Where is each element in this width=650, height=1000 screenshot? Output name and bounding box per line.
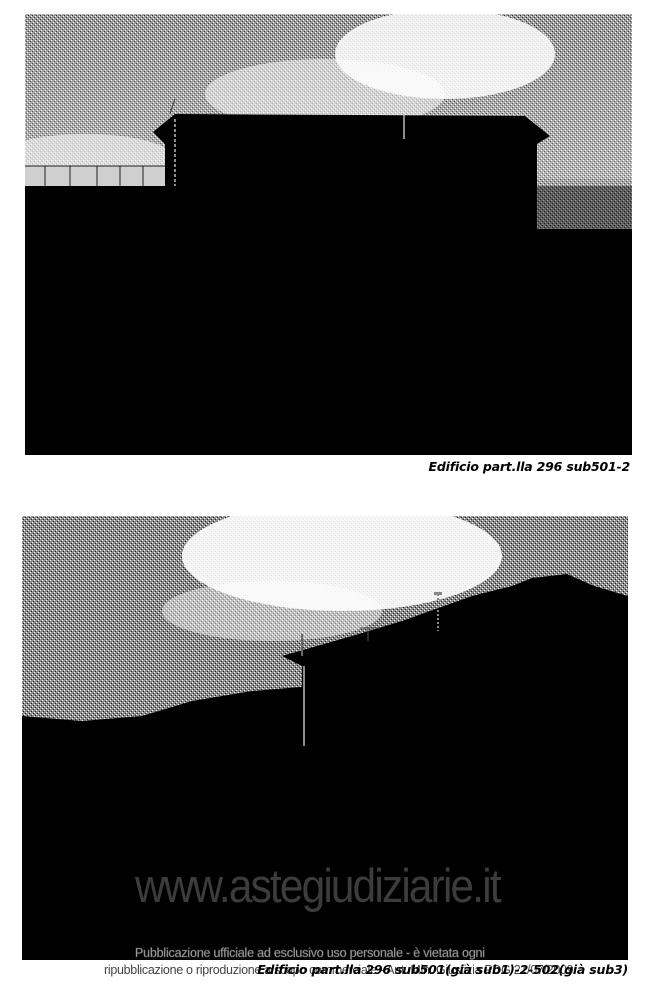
watermark-url: www.astegiudiziarie.it	[135, 858, 500, 913]
photo-caption-1: Edificio part.lla 296 sub501-2	[429, 459, 630, 474]
photo-caption-2: Edificio part.lla 296 sub501(già sub1)-2…	[257, 962, 628, 977]
building-photo-1-graphic	[25, 14, 632, 455]
photo-building-1	[25, 14, 632, 455]
watermark-notice-line1: Pubblicazione ufficiale ad esclusivo uso…	[135, 946, 485, 960]
